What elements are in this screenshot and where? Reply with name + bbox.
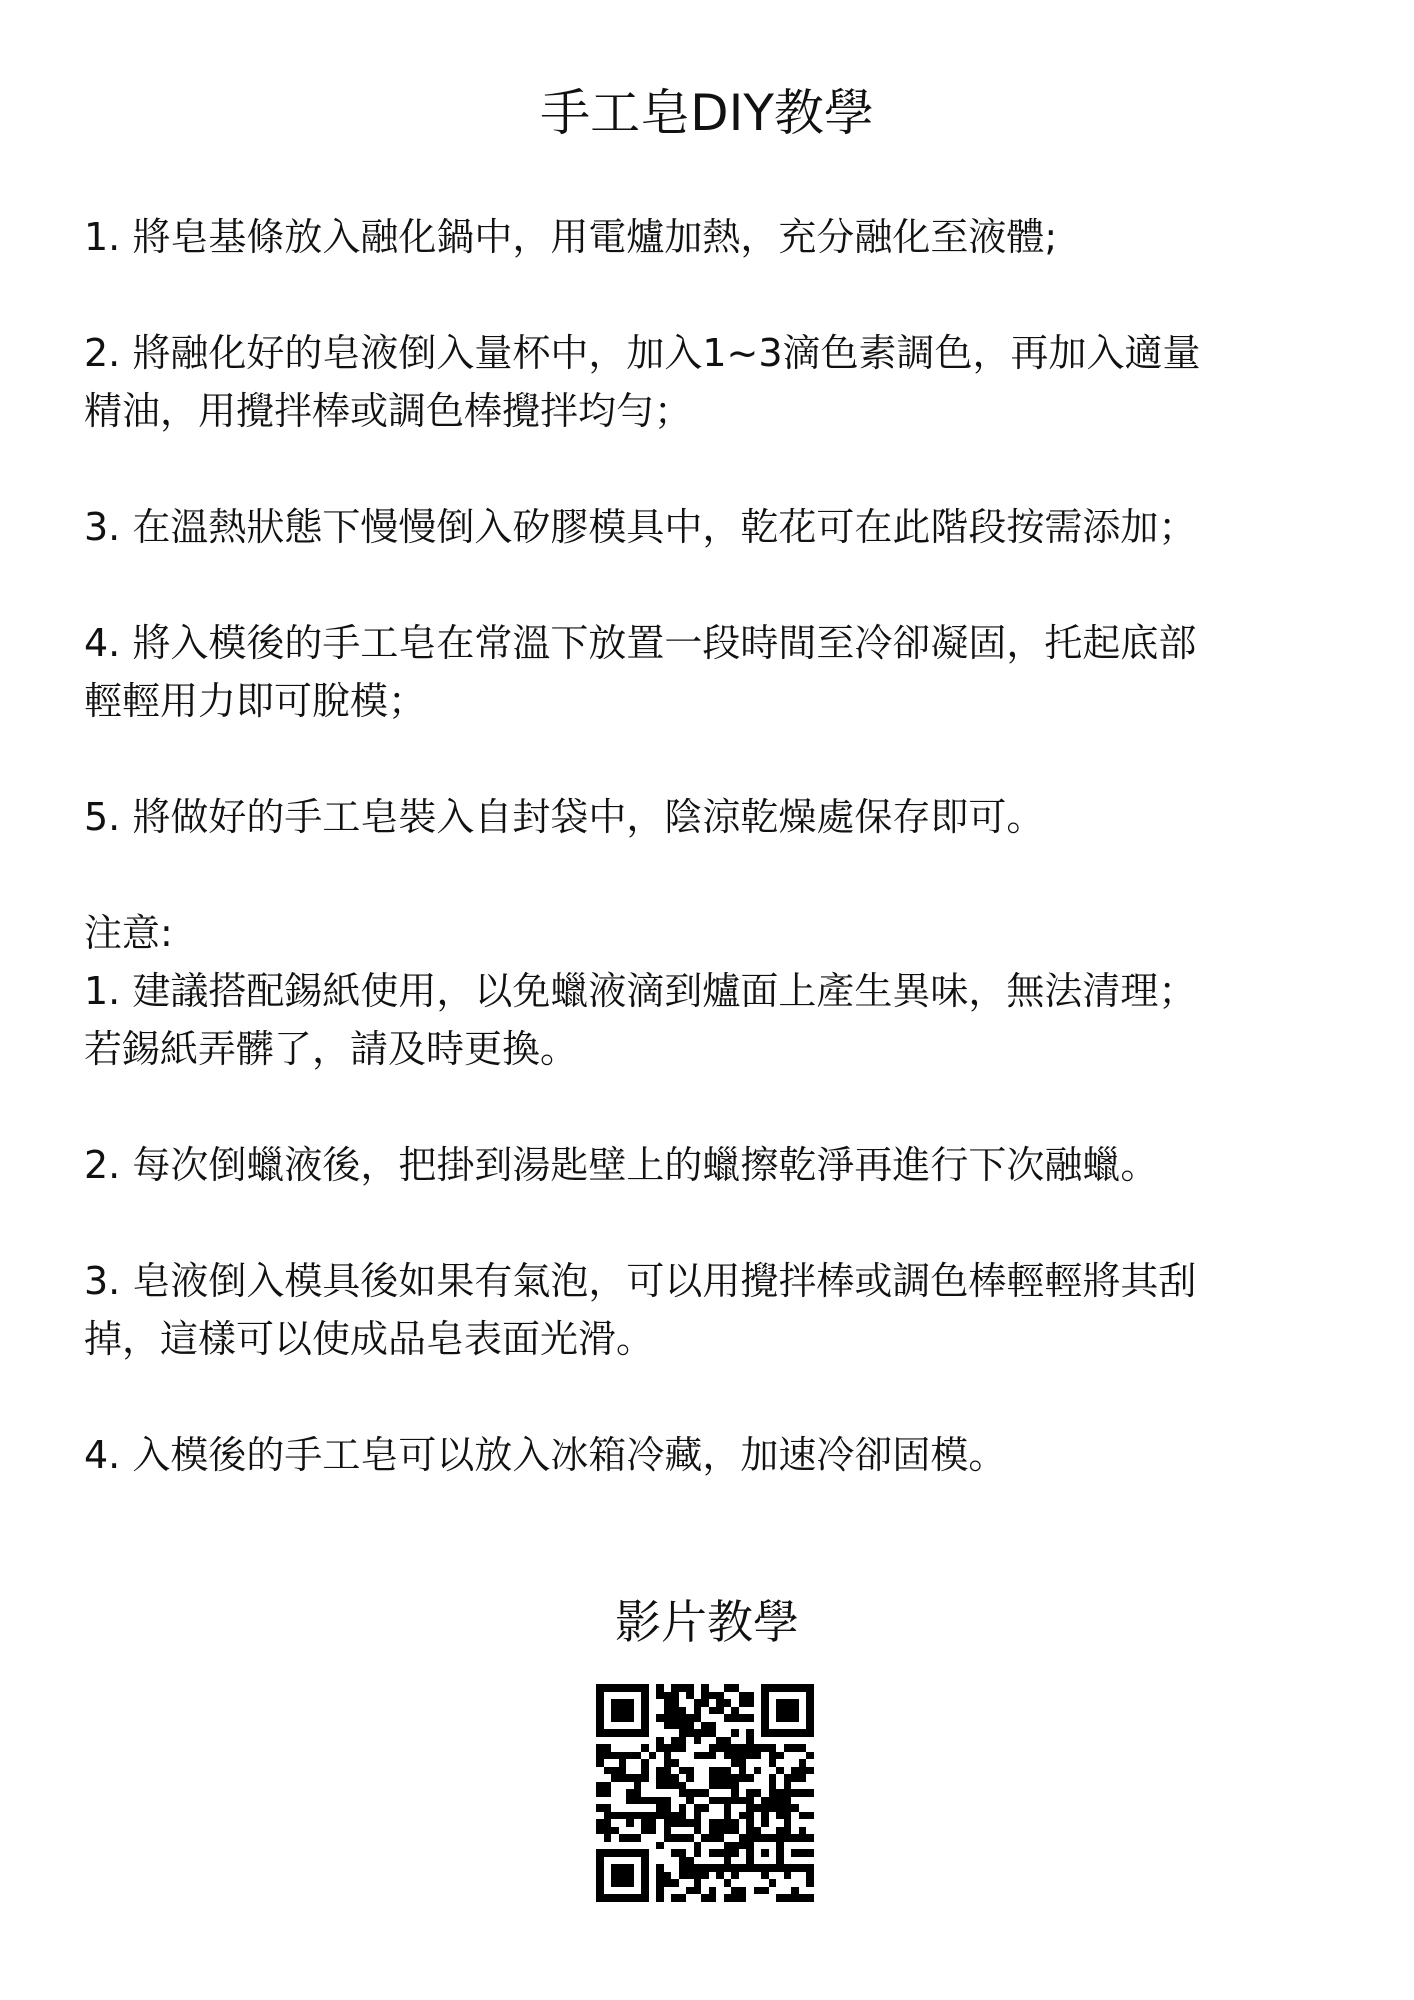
video-tutorial-title: 影片教學 bbox=[0, 1590, 1414, 1654]
qr-code-icon[interactable] bbox=[596, 1684, 814, 1902]
notes-heading: 注意: bbox=[84, 904, 1334, 962]
page-title: 手工皂DIY教學 bbox=[0, 78, 1414, 148]
step-4: 4. 將入模後的手工皂在常溫下放置一段時間至冷卻凝固，托起底部 輕輕用力即可脫模… bbox=[84, 614, 1334, 730]
step-3: 3. 在溫熱狀態下慢慢倒入矽膠模具中，乾花可在此階段按需添加； bbox=[84, 498, 1334, 556]
instructions-body: 1. 將皂基條放入融化鍋中，用電爐加熱，充分融化至液體; 2. 將融化好的皂液倒… bbox=[84, 208, 1334, 1542]
note-3: 3. 皂液倒入模具後如果有氣泡，可以用攪拌棒或調色棒輕輕將其刮 掉，這樣可以使成… bbox=[84, 1252, 1334, 1368]
note-4: 4. 入模後的手工皂可以放入冰箱冷藏，加速冷卻固模。 bbox=[84, 1426, 1334, 1484]
note-1: 1. 建議搭配錫紙使用，以免蠟液滴到爐面上產生異味，無法清理； 若錫紙弄髒了，請… bbox=[84, 962, 1334, 1078]
step-1: 1. 將皂基條放入融化鍋中，用電爐加熱，充分融化至液體; bbox=[84, 208, 1334, 266]
step-5: 5. 將做好的手工皂裝入自封袋中，陰涼乾燥處保存即可。 bbox=[84, 788, 1334, 846]
step-2: 2. 將融化好的皂液倒入量杯中，加入1~3滴色素調色，再加入適量 精油，用攪拌棒… bbox=[84, 324, 1334, 440]
note-2: 2. 每次倒蠟液後，把掛到湯匙壁上的蠟擦乾淨再進行下次融蠟。 bbox=[84, 1136, 1334, 1194]
